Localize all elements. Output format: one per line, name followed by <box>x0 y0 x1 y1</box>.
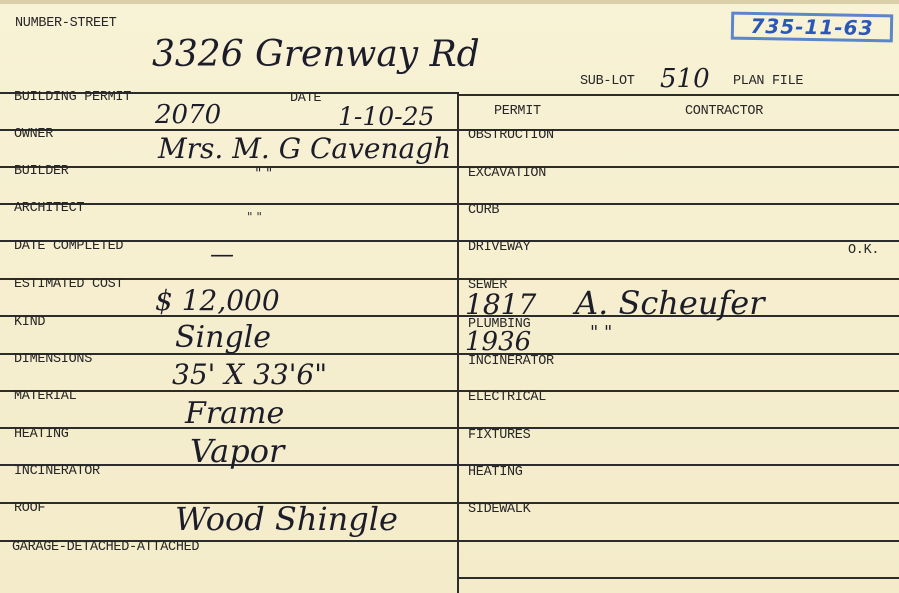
electrical-label: ELECTRICAL <box>468 390 546 405</box>
owner-label: OWNER <box>14 127 53 142</box>
column-divider <box>457 92 459 593</box>
sewer-contractor: A. Scheufer <box>575 284 765 322</box>
driveway-note: O.K. <box>848 243 879 258</box>
contractor-column-header: CONTRACTOR <box>685 104 763 119</box>
owner-value: Mrs. M. G Cavenagh <box>158 132 451 165</box>
roof-label: ROOF <box>14 501 45 516</box>
sidewalk-label: SIDEWALK <box>468 502 530 517</box>
material-value: Frame <box>185 396 284 431</box>
rule <box>0 203 899 205</box>
dimensions-value: 35' X 33'6" <box>172 358 327 391</box>
permit-column-header: PERMIT <box>494 104 541 119</box>
number-street-value: 3326 Grenway Rd <box>152 34 480 75</box>
rule <box>458 577 899 579</box>
building-permit-value: 2070 <box>155 100 221 130</box>
file-number-stamp: 735-11-63 <box>731 12 893 43</box>
rule <box>0 427 899 429</box>
excavation-label: EXCAVATION <box>468 166 546 181</box>
rule <box>0 502 899 504</box>
date-value: 1-10-25 <box>338 102 434 131</box>
incinerator-label: INCINERATOR <box>14 464 100 479</box>
builder-value: " " <box>255 166 272 182</box>
fixtures-label: FIXTURES <box>468 428 530 443</box>
garage-label: GARAGE-DETACHED-ATTACHED <box>12 540 199 555</box>
date-completed-value: — <box>210 240 234 268</box>
rule <box>0 278 899 280</box>
plan-file-label: PLAN FILE <box>733 74 803 89</box>
obstruction-label: OBSTRUCTION <box>468 128 554 143</box>
rule <box>0 129 899 131</box>
heating-label: HEATING <box>14 427 69 442</box>
building-permit-label: BUILDING PERMIT <box>14 90 131 105</box>
builder-label: BUILDER <box>14 164 69 179</box>
kind-value: Single <box>175 320 271 355</box>
rule <box>458 94 899 96</box>
driveway-label: DRIVEWAY <box>468 240 530 255</box>
heating-permit-label: HEATING <box>468 465 523 480</box>
kind-label: KIND <box>14 315 45 330</box>
rule <box>0 390 899 392</box>
rule <box>0 166 899 168</box>
sub-lot-value: 510 <box>660 64 710 94</box>
architect-label: ARCHITECT <box>14 201 84 216</box>
heating-value: Vapor <box>190 432 284 470</box>
plumbing-permit: 1936 <box>465 327 531 357</box>
plumbing-contractor: " " <box>590 322 612 343</box>
number-street-label: NUMBER-STREET <box>15 16 116 31</box>
dimensions-label: DIMENSIONS <box>14 352 92 367</box>
architect-value: " " <box>247 210 262 224</box>
curb-label: CURB <box>468 203 499 218</box>
incinerator-permit-label: INCINERATOR <box>468 354 554 369</box>
estimated-cost-label: ESTIMATED COST <box>14 277 123 292</box>
date-label: DATE <box>290 91 321 106</box>
permit-card: 735-11-63 NUMBER-STREET 3326 Grenway Rd … <box>0 0 899 593</box>
rule <box>0 353 899 355</box>
estimated-cost-value: $ 12,000 <box>155 284 280 317</box>
rule <box>0 464 899 466</box>
rule <box>0 240 899 242</box>
date-completed-label: DATE COMPLETED <box>14 239 123 254</box>
sub-lot-label: SUB-LOT <box>580 74 635 89</box>
material-label: MATERIAL <box>14 389 76 404</box>
roof-value: Wood Shingle <box>175 500 398 538</box>
